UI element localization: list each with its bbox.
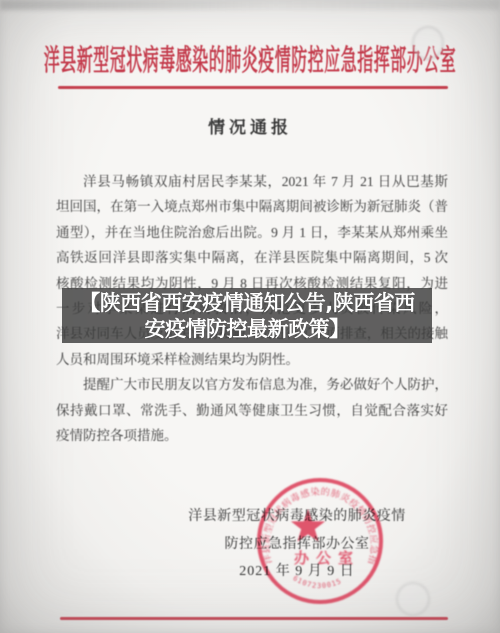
document-photo: 洋县新型冠状病毒感染的肺炎疫情防控应急指挥部办公室 情况通报 洋县马畅镇双庙村居…: [0, 0, 500, 633]
seal-serial-number: 6107230015: [291, 574, 343, 590]
doc-line: 人员和周围环境采样检测结果均为阴性。: [56, 347, 448, 372]
doc-line: 保持戴口罩、常洗手、勤通风等健康卫生习惯，自觉配合落实好: [56, 398, 448, 423]
doc-line: 疫情防控各项措施。: [56, 423, 448, 448]
svg-text:6107230015: 6107230015: [291, 574, 343, 590]
photo-top-shade: [0, 0, 500, 10]
seal-star-icon: [291, 509, 325, 542]
org-header-title: 洋县新型冠状病毒感染的肺炎疫情防控应急指挥部办公室: [44, 44, 457, 78]
caption-line-1: 【陕西省西安疫情通知公告,陕西省西: [79, 290, 414, 316]
doc-line: 提醒广大市民朋友以官方发布信息为准，务必做好个人防护，: [56, 372, 448, 397]
caption-line-2: 安疫情防控最新政策】: [145, 316, 350, 342]
document-title: 情况通报: [0, 113, 500, 138]
doc-line: 洋县马畅镇双庙村居民李某某，2021 年 7 月 21 日从巴基斯: [56, 169, 448, 194]
doc-line: 坦回国，在第一入境点郑州市集中隔离期间被诊断为新冠肺炎（普: [56, 194, 448, 219]
doc-line: 通型），并在当地住院治愈后出院。9 月 1 日，李某某从郑州乘坐: [56, 220, 448, 245]
caption-overlay: 【陕西省西安疫情通知公告,陕西省西 安疫情防控最新政策】: [62, 288, 432, 343]
official-seal: 洋县新型冠状病毒感染的肺炎疫情防控应急指挥部 办公室 6107230015: [248, 469, 392, 613]
seal-office-label: 办公室: [294, 549, 360, 567]
doc-line: 高铁返回洋县即落实集中隔离，在洋县医院集中隔离期间，5 次: [56, 245, 448, 270]
footer-rule: [60, 617, 448, 620]
header-underline: [58, 86, 448, 89]
